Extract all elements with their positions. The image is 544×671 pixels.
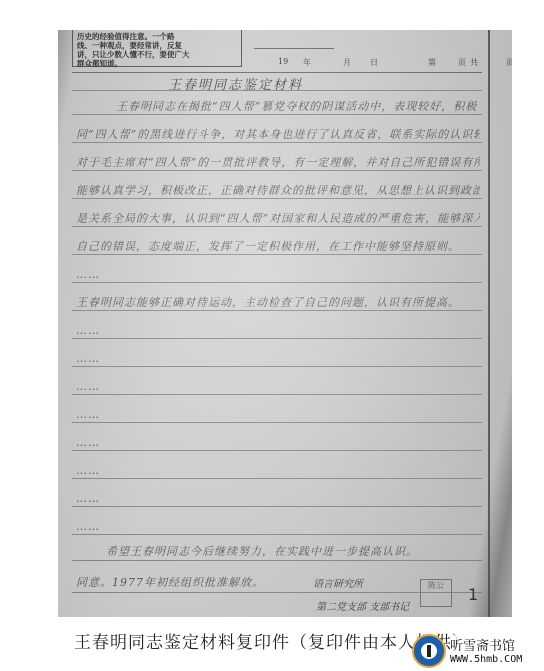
page-label: 第: [428, 57, 436, 68]
body-line: 同“四人帮”的黑线进行斗争，对其本身也进行了认真反省，联系实际的认识较好。: [76, 128, 480, 141]
quote-line: 线、一种观点，要经常讲，反复: [77, 41, 237, 50]
ruled-line: [72, 254, 482, 255]
ruled-line: [72, 114, 482, 115]
ruled-line: [72, 142, 482, 143]
ruled-line: [72, 282, 482, 283]
header-rule: [254, 48, 334, 49]
body-line: 是关系全局的大事，认识到“四人帮”对国家和人民造成的严重危害，能够深入检查: [76, 212, 480, 225]
year-label: 年: [303, 57, 311, 68]
page-number: 1: [468, 585, 478, 604]
body-line: 对于毛主席对“四人帮”的一贯批评教导，有一定理解，并对自己所犯错误有所认识，: [76, 156, 480, 169]
body-line: 王春明同志在揭批“四人帮”篡党夺权的阴谋活动中，表现较好，积极: [116, 100, 480, 113]
month-label: 月: [343, 57, 351, 68]
total-label: 共: [470, 57, 478, 68]
ruled-line: [72, 170, 482, 171]
body-line: 王春明同志能够正确对待运动，主动检查了自己的问题，认识有所提高。: [76, 296, 480, 309]
margin-line: [488, 30, 490, 617]
total-unit: 页: [506, 57, 512, 68]
body-line: ……: [76, 436, 480, 449]
official-stamp: 陈公: [420, 579, 452, 607]
watermark: 听雪斋书馆 WWW.5hmb.COM: [412, 632, 544, 671]
watermark-url: WWW.5hmb.COM: [450, 654, 522, 665]
page-unit: 页: [458, 57, 466, 68]
ruled-line: [72, 534, 482, 535]
body-line: ……: [76, 324, 480, 337]
ruled-line: [72, 422, 482, 423]
signature-dept: 第二党支部 支部书记: [316, 598, 409, 613]
ruled-line: [72, 338, 482, 339]
ruled-line: [72, 506, 482, 507]
ruled-line: [72, 366, 482, 367]
form-header: 19 年 月 日 第 页 共 页: [258, 57, 482, 71]
ruled-line: [72, 90, 482, 91]
document-photo: 历史的经验值得注意。一个路 线、一种观点，要经常讲，反复 讲，只让少数人懂不行，…: [58, 30, 512, 617]
body-line: ……: [76, 268, 480, 281]
ruled-line: [72, 310, 482, 311]
day-label: 日: [370, 57, 378, 68]
closing-line: 同意。1977年初经组织批准解放。: [76, 576, 322, 589]
ruled-line: [72, 478, 482, 479]
body-line: ……: [76, 408, 480, 421]
quote-line: 讲，只让少数人懂不行，要使广大: [77, 50, 237, 59]
body-line: ……: [76, 352, 480, 365]
library-logo-icon: [412, 634, 446, 668]
watermark-name: 听雪斋书馆: [450, 635, 515, 654]
body-line: ……: [76, 492, 480, 505]
ruled-line: [72, 450, 482, 451]
quote-line: 群众都知道。: [77, 59, 237, 68]
year-prefix: 19: [278, 57, 288, 66]
ruled-line: [72, 226, 482, 227]
header-bottom-rule: [72, 72, 482, 73]
body-line: ……: [76, 520, 480, 533]
body-line: 自己的错误，态度端正，发挥了一定积极作用，在工作中能够坚持原则。: [76, 240, 480, 253]
body-line: ……: [76, 464, 480, 477]
body-line: ……: [76, 380, 480, 393]
ruled-line: [72, 560, 482, 561]
ruled-line: [72, 394, 482, 395]
body-line: 能够认真学习，积极改正，正确对待群众的批评和意见，从思想上认识到政治路线: [76, 184, 480, 197]
quote-line: 历史的经验值得注意。一个路: [77, 32, 237, 41]
closing-line: 希望王春明同志今后继续努力，在实践中进一步提高认识。: [106, 545, 480, 558]
printed-quote-box: 历史的经验值得注意。一个路 线、一种观点，要经常讲，反复 讲，只让少数人懂不行，…: [72, 30, 242, 67]
ruled-line: [72, 198, 482, 199]
signature-org: 语言研究所: [313, 575, 363, 590]
